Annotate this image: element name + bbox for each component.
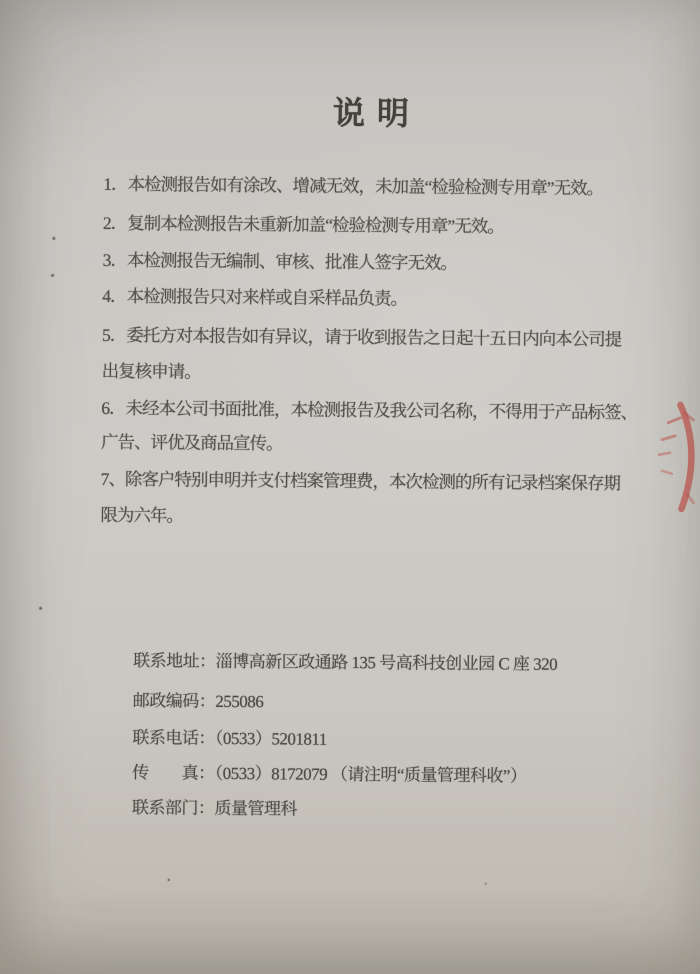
contact-label: 传 真： xyxy=(132,763,215,783)
paper-speck xyxy=(50,273,54,277)
note-line-6-cont: 广告、评优及商品宣传。 xyxy=(101,431,283,455)
paper-speck xyxy=(484,882,487,885)
contact-value: 质量管理科 xyxy=(214,799,297,819)
note-line-6: 6．未经本公司书面批准，本检测报告及我公司名称，不得用于产品标签、 xyxy=(101,397,637,424)
contact-value: 淄博高新区政通路 135 号高科技创业园 C 座 320 xyxy=(216,652,558,674)
contact-row-fax: 传 真：（0533）8172079 （请注明“质量管理科收”） xyxy=(132,762,527,787)
note-line-4: 4．本检测报告只对来样或自采样品负责。 xyxy=(102,285,407,310)
note-line-3: 3．本检测报告无编制、审核、批准人签字无效。 xyxy=(103,249,457,274)
contact-label: 联系地址： xyxy=(133,651,216,671)
contact-row-phone: 联系电话：（0533）5201811 xyxy=(132,727,327,751)
contact-row-postcode: 邮政编码：255086 xyxy=(133,690,264,713)
paper-speck xyxy=(167,878,170,881)
contact-block: 联系地址：淄博高新区政通路 135 号高科技创业园 C 座 320 邮政编码：2… xyxy=(133,650,653,655)
note-line-5-cont: 出复核申请。 xyxy=(102,360,201,383)
note-line-7-cont: 限为六年。 xyxy=(100,504,183,527)
scanned-document-photo: 说 明 1．本检测报告如有涂改、增减无效，未加盖“检验检测专用章”无效。 2．复… xyxy=(0,0,700,974)
contact-value: （0533）8172079 （请注明“质量管理科收”） xyxy=(215,764,527,786)
paper-specks xyxy=(4,0,700,3)
contact-row-department: 联系部门：质量管理科 xyxy=(132,797,297,820)
page-title: 说 明 xyxy=(3,85,700,137)
note-line-2: 2．复制本检测报告未重新加盖“检验检测专用章”无效。 xyxy=(103,212,504,237)
contact-label: 邮政编码： xyxy=(133,691,216,711)
paper-speck xyxy=(52,236,56,240)
contact-value: 255086 xyxy=(215,692,263,711)
document-page: 说 明 1．本检测报告如有涂改、增减无效，未加盖“检验检测专用章”无效。 2．复… xyxy=(0,0,700,974)
contact-row-address: 联系地址：淄博高新区政通路 135 号高科技创业园 C 座 320 xyxy=(133,650,557,676)
note-line-1: 1．本检测报告如有涂改、增减无效，未加盖“检验检测专用章”无效。 xyxy=(103,173,603,199)
notes-list: 1．本检测报告如有涂改、增减无效，未加盖“检验检测专用章”无效。 2．复制本检测… xyxy=(103,173,663,178)
note-line-5: 5．委托方对本报告如有异议，请于收到报告之日起十五日内向本公司提 xyxy=(102,324,621,351)
note-line-7: 7、除客户特别申明并支付档案管理费，本次检测的所有记录档案保存期 xyxy=(101,468,620,495)
contact-label: 联系电话： xyxy=(132,728,215,748)
paper-speck xyxy=(39,606,43,610)
contact-value: （0533）5201811 xyxy=(215,729,327,749)
contact-label: 联系部门： xyxy=(132,798,215,818)
red-seal-stamp-fragment xyxy=(637,397,700,518)
